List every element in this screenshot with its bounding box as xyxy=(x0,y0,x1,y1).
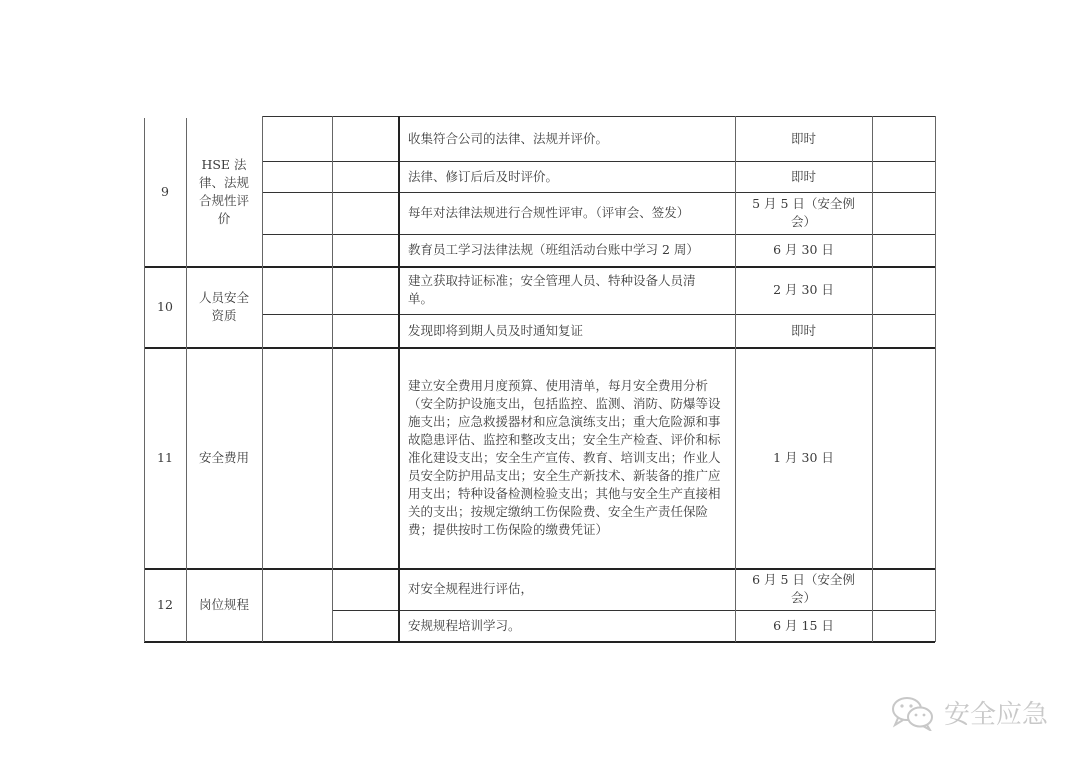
content-cell: 对安全规程进行评估， xyxy=(398,568,735,610)
deadline-cell: 即时 xyxy=(735,161,872,192)
watermark-text: 安全应急 xyxy=(944,694,1048,731)
deadline-cell: 5 月 5 日（安全例 会） xyxy=(735,192,872,234)
content-cell: 每年对法律法规进行合规性评审。（评审会、签发） xyxy=(398,192,735,234)
row-number-text: 12 xyxy=(157,596,173,614)
deadline-text: 5 月 5 日（安全例 xyxy=(752,195,855,213)
content-text: 对安全规程进行评估， xyxy=(408,580,533,598)
row-number-text: 11 xyxy=(157,449,173,467)
deadline-text: 6 月 15 日 xyxy=(773,617,834,635)
content-text: 建立安全费用月度预算、使用清单，每月安全费用分析（安全防护设施支出，包括监控、监… xyxy=(408,377,721,539)
content-cell: 收集符合公司的法律、法规并评价。 xyxy=(398,116,735,161)
row-number: 10 xyxy=(144,266,186,347)
deadline-cell: 6 月 30 日 xyxy=(735,234,872,266)
deadline-text: 会） xyxy=(791,213,816,231)
deadline-text: 6 月 5 日（安全例 xyxy=(752,571,855,589)
content-text: 法律、修订后后及时评价。 xyxy=(408,168,558,186)
content-text: 教育员工学习法律法规（班组活动台账中学习 2 周） xyxy=(408,241,699,259)
item-name: 安全费用 xyxy=(186,347,262,568)
content-cell: 建立安全费用月度预算、使用清单，每月安全费用分析（安全防护设施支出，包括监控、监… xyxy=(398,347,735,568)
row-number-text: 9 xyxy=(161,183,169,201)
item-name: 岗位规程 xyxy=(186,568,262,641)
deadline-cell: 即时 xyxy=(735,116,872,161)
item-line: 岗位规程 xyxy=(199,596,249,614)
content-text: 每年对法律法规进行合规性评审。（评审会、签发） xyxy=(408,204,689,222)
watermark: 安全应急 xyxy=(890,694,1048,731)
content-text: 建立获取持证标准；安全管理人员、特种设备人员清单。 xyxy=(408,272,715,308)
item-name: 人员安全 资质 xyxy=(186,266,262,347)
item-line: 价 xyxy=(218,210,231,228)
col-divider xyxy=(332,116,333,642)
item-line: 资质 xyxy=(211,307,236,325)
item-line: 律、法规 xyxy=(199,174,249,192)
item-name: HSE 法 律、法规 合规性评 价 xyxy=(186,118,262,266)
deadline-text: 6 月 30 日 xyxy=(773,241,834,259)
row-number: 12 xyxy=(144,568,186,641)
col-divider xyxy=(935,116,936,642)
deadline-text: 2 月 30 日 xyxy=(773,281,834,299)
row-number-text: 10 xyxy=(157,298,173,316)
row-number: 11 xyxy=(144,347,186,568)
deadline-cell: 6 月 5 日（安全例 会） xyxy=(735,568,872,610)
content-text: 收集符合公司的法律、法规并评价。 xyxy=(408,130,608,148)
document-page: 9 HSE 法 律、法规 合规性评 价 收集符合公司的法律、法规并评价。 即时 … xyxy=(0,0,1080,764)
deadline-text: 1 月 30 日 xyxy=(773,449,834,467)
content-cell: 安规规程培训学习。 xyxy=(398,610,735,641)
content-text: 发现即将到期人员及时通知复证 xyxy=(408,322,583,340)
item-line: 安全费用 xyxy=(199,449,249,467)
deadline-cell: 2 月 30 日 xyxy=(735,266,872,314)
col-divider xyxy=(262,116,263,642)
wechat-icon xyxy=(890,695,936,731)
content-cell: 发现即将到期人员及时通知复证 xyxy=(398,314,735,347)
deadline-text: 会） xyxy=(791,589,816,607)
item-line: 人员安全 xyxy=(199,289,249,307)
row-number: 9 xyxy=(144,118,186,266)
content-cell: 教育员工学习法律法规（班组活动台账中学习 2 周） xyxy=(398,234,735,266)
col-divider xyxy=(872,116,873,642)
content-text: 安规规程培训学习。 xyxy=(408,617,521,635)
content-cell: 法律、修订后后及时评价。 xyxy=(398,161,735,192)
item-line: HSE 法 xyxy=(201,156,246,174)
content-cell: 建立获取持证标准；安全管理人员、特种设备人员清单。 xyxy=(398,266,735,314)
deadline-text: 即时 xyxy=(791,130,816,148)
deadline-cell: 即时 xyxy=(735,314,872,347)
deadline-text: 即时 xyxy=(791,322,816,340)
deadline-text: 即时 xyxy=(791,168,816,186)
item-line: 合规性评 xyxy=(199,192,249,210)
deadline-cell: 6 月 15 日 xyxy=(735,610,872,641)
deadline-cell: 1 月 30 日 xyxy=(735,347,872,568)
